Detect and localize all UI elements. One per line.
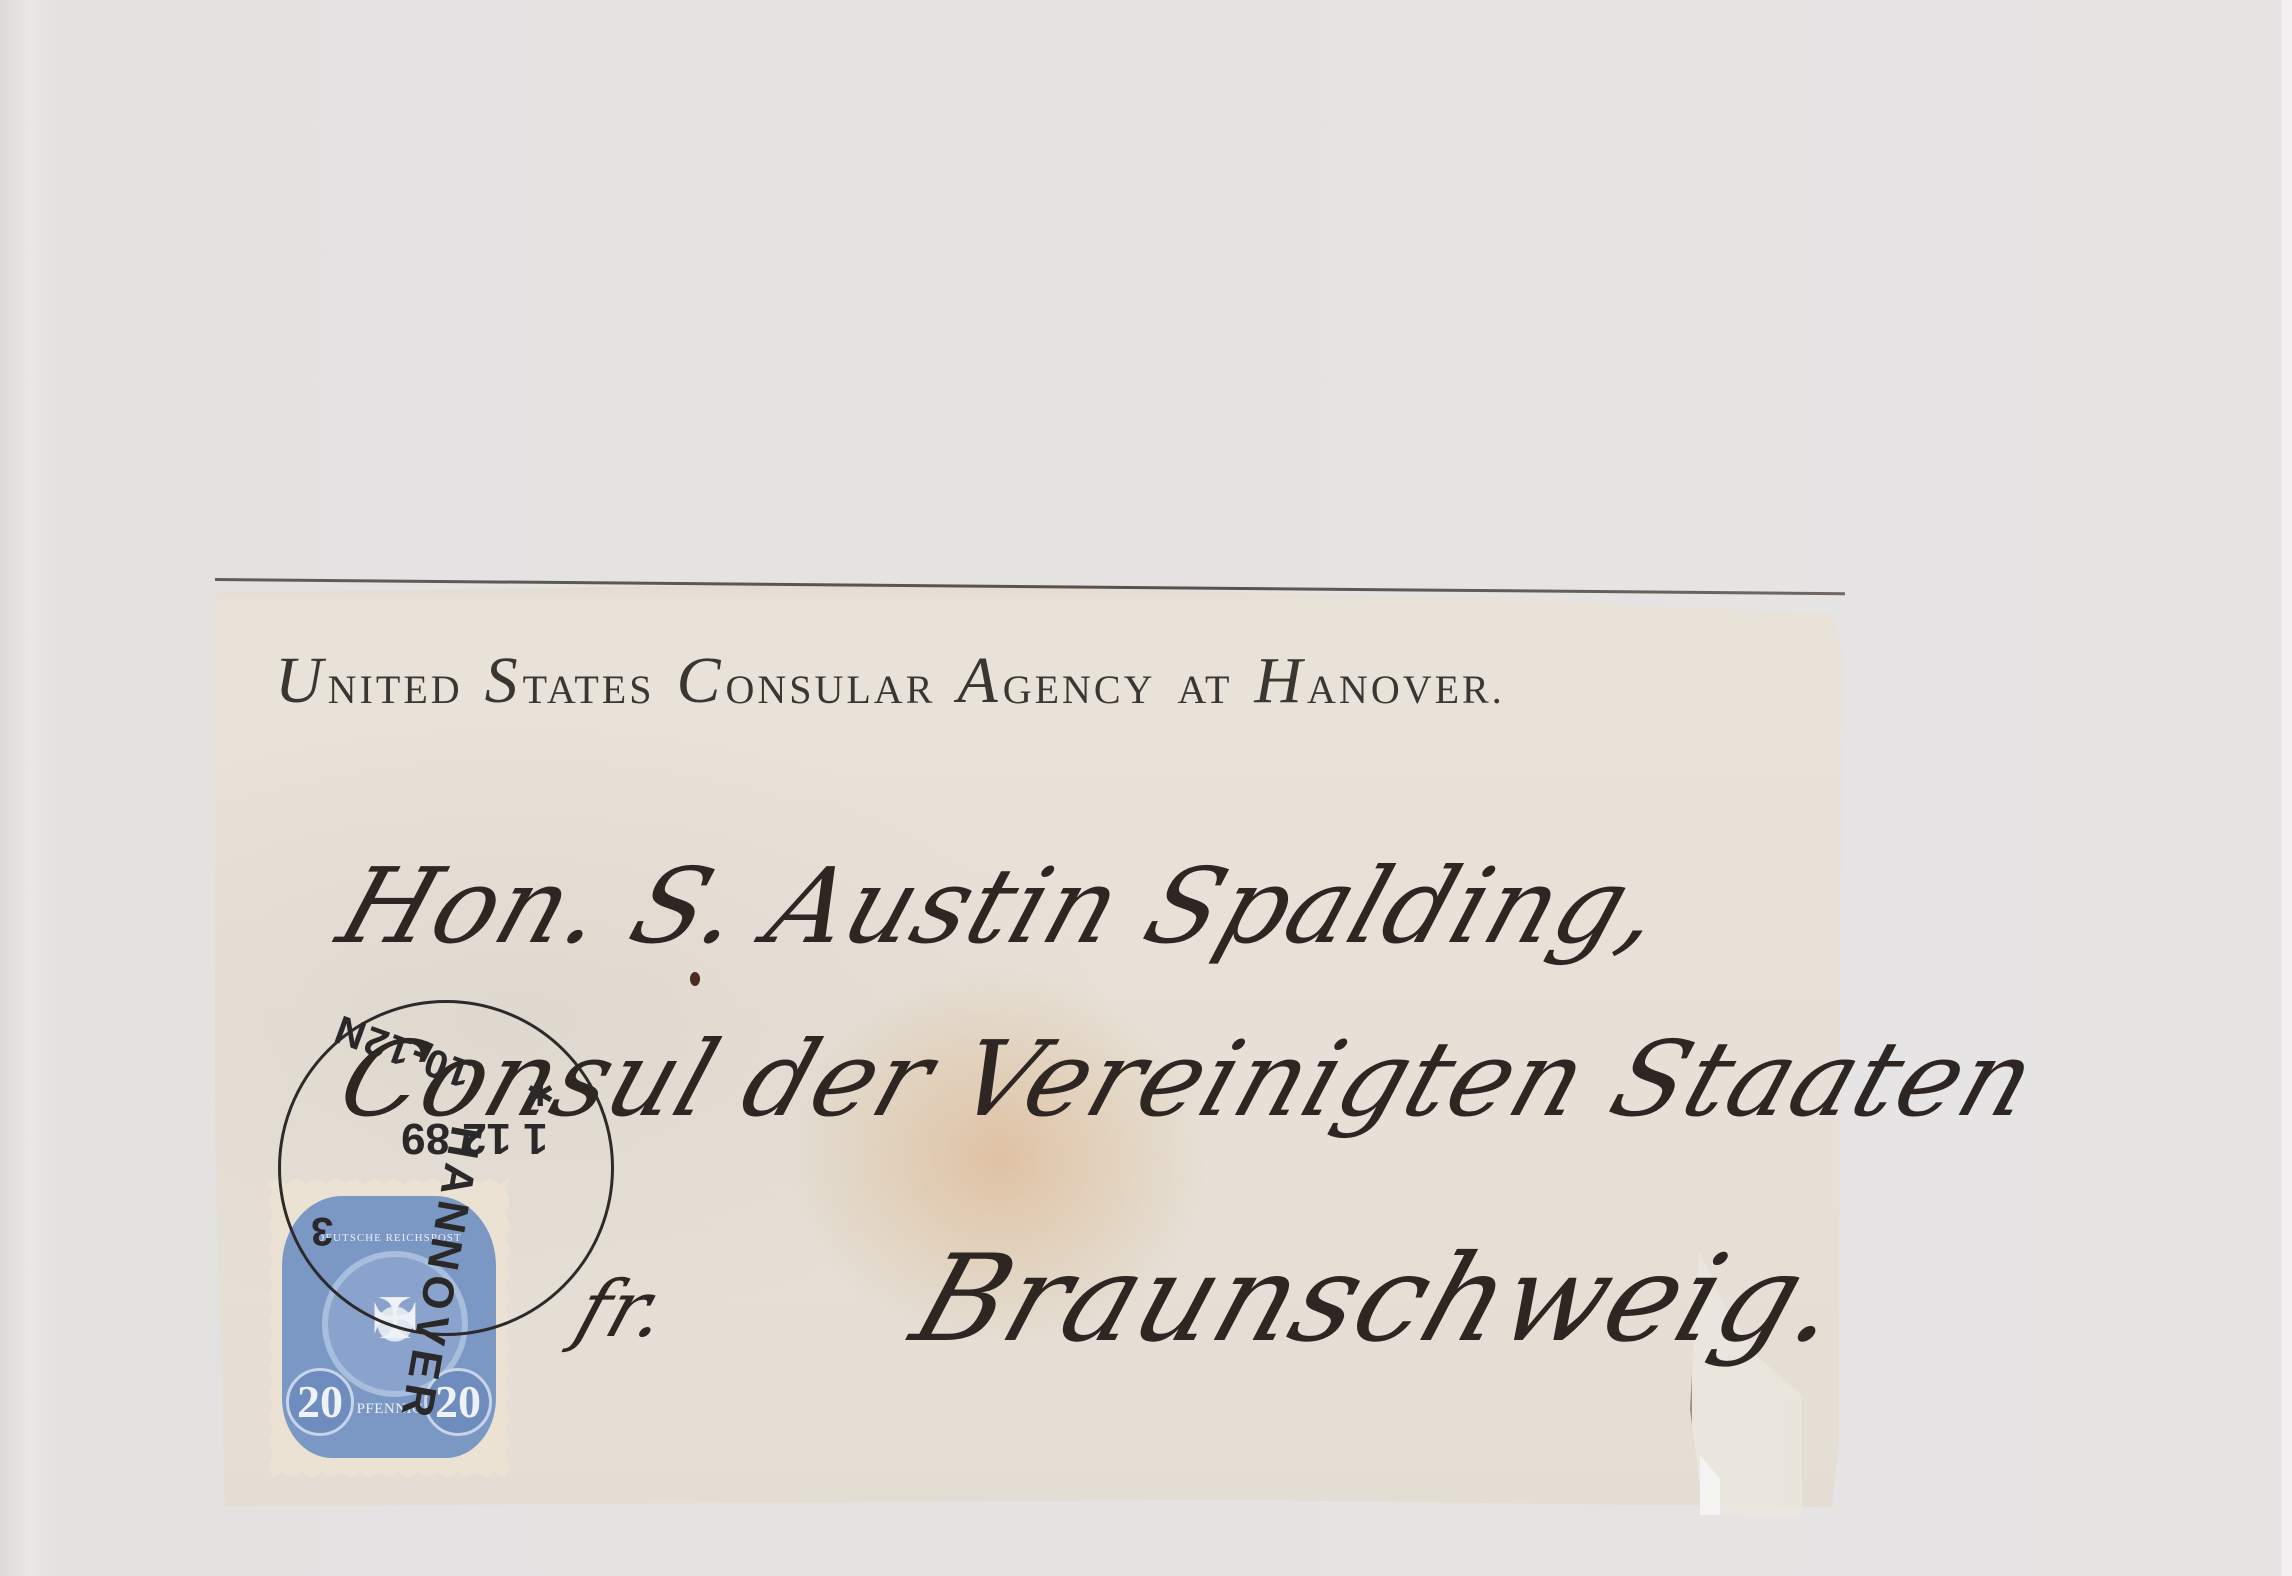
ink-spot: [690, 972, 700, 986]
address-line-recipient: Hon. S. Austin Spalding,: [325, 845, 1679, 967]
header-initial: C: [676, 648, 723, 714]
stamp-inscription: DEUTSCHE REICHSPOST: [282, 1232, 496, 1244]
header-rest: GENCY: [1003, 666, 1156, 714]
header-word: C ONSULAR: [676, 648, 935, 714]
stamp-value-right: 20: [424, 1368, 492, 1436]
scan-edge: [2282, 0, 2292, 1576]
address-line-title: Consul der Vereinigten Staaten: [325, 1018, 2051, 1140]
address-city: Braunschweig.: [897, 1230, 1860, 1369]
header-word: A GENCY: [957, 648, 1155, 714]
header-rest: ANOVER.: [1307, 666, 1505, 714]
header-word: AT: [1177, 666, 1232, 714]
header-word: H ANOVER.: [1254, 648, 1504, 714]
header-rest: ONSULAR: [725, 666, 935, 714]
header-word: S TATES: [485, 648, 655, 714]
header-rest: AT: [1177, 666, 1232, 714]
stamp-design: DEUTSCHE REICHSPOST ✠ 20 PFENNIG 20: [282, 1196, 496, 1458]
header-initial: S: [485, 648, 521, 714]
stamp-denomination: PFENNIG: [352, 1401, 428, 1418]
stamp-value-left: 20: [286, 1368, 354, 1436]
header-word: U NITED: [275, 648, 463, 714]
header-initial: U: [275, 648, 326, 714]
header-rest: NITED: [328, 666, 463, 714]
header-initial: H: [1254, 648, 1305, 714]
header-initial: A: [957, 648, 1000, 714]
postage-stamp: DEUTSCHE REICHSPOST ✠ 20 PFENNIG 20: [268, 1178, 510, 1478]
eagle-icon: ✠: [328, 1287, 462, 1352]
printed-header: U NITED S TATES C ONSULAR A GENCY AT H A…: [275, 648, 1795, 714]
header-rest: TATES: [523, 666, 655, 714]
